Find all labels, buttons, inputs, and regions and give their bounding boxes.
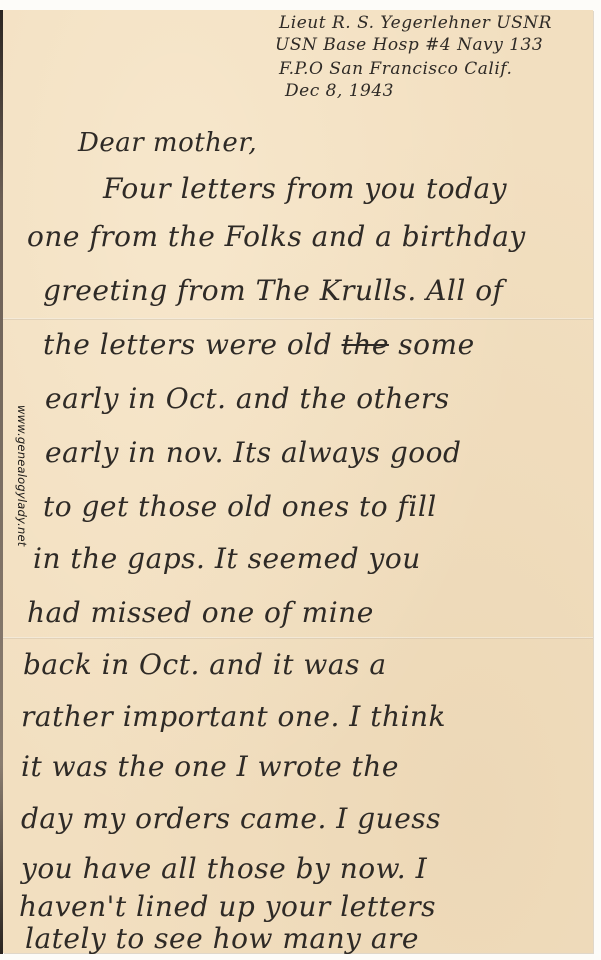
body-line: to get those old ones to fill: [43, 490, 437, 523]
body-line: haven't lined up your letters: [19, 890, 436, 923]
body-line: it was the one I wrote the: [21, 750, 399, 783]
body-line: lately to see how many are: [25, 922, 419, 955]
address-line-rank-name: Lieut R. S. Yegerlehner USNR: [279, 12, 552, 34]
fold-line: [3, 318, 593, 320]
body-line: had missed one of mine: [27, 596, 374, 629]
body-line: in the gaps. It seemed you: [33, 542, 421, 575]
letter-date: Dec 8, 1943: [285, 80, 394, 102]
address-line-fpo: F.P.O San Francisco Calif.: [279, 58, 512, 80]
body-line: back in Oct. and it was a: [23, 648, 387, 681]
body-line: day my orders came. I guess: [21, 802, 441, 835]
body-line: early in Oct. and the others: [45, 382, 450, 415]
body-line: greeting from The Krulls. All of: [43, 274, 503, 307]
body-line-continuation: some: [389, 328, 475, 361]
body-line: one from the Folks and a birthday: [27, 220, 526, 253]
watermark-text: www.genealogylady.net: [9, 405, 29, 575]
fold-line: [3, 637, 593, 639]
body-line: early in nov. Its always good: [45, 436, 461, 469]
body-line-text: the letters were old: [43, 328, 332, 361]
struck-out-word: the: [342, 328, 389, 361]
body-line-with-strikeout: the letters were old the some: [43, 328, 475, 361]
body-line: Four letters from you today: [103, 172, 507, 205]
body-line: rather important one. I think: [21, 700, 446, 733]
letter-paper: Lieut R. S. Yegerlehner USNR USN Base Ho…: [3, 10, 593, 953]
greeting: Dear mother,: [78, 128, 257, 158]
address-line-hospital: USN Base Hosp #4 Navy 133: [275, 34, 543, 56]
body-line: you have all those by now. I: [21, 852, 427, 885]
letter-scan: Lieut R. S. Yegerlehner USNR USN Base Ho…: [0, 0, 601, 960]
